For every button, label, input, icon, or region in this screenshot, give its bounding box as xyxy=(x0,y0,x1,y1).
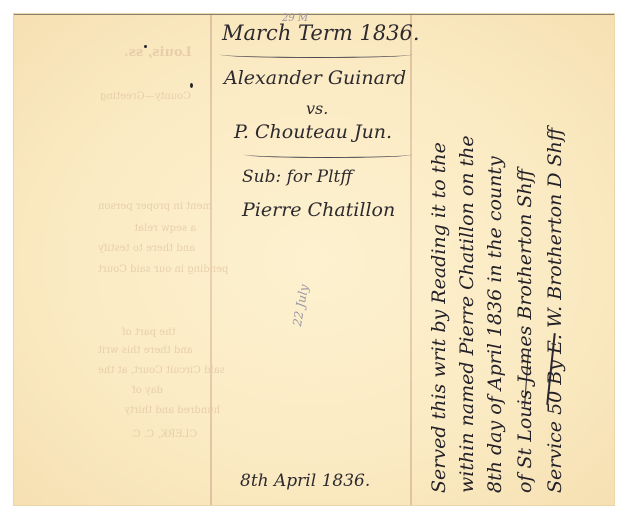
bleedthrough-line: pending in our said Court xyxy=(98,264,228,275)
bleedthrough-line: day of xyxy=(132,385,163,396)
plaintiff-name: Alexander Guinard xyxy=(224,67,406,89)
return-line-1: Served this writ by Reading it to the xyxy=(428,142,450,493)
flourish-divider xyxy=(220,51,412,58)
fold-line-left xyxy=(210,15,212,505)
paper-sheet: Louis, ss. County—Greeting ment in prope… xyxy=(14,14,614,505)
return-line-5: Service 50 By E. W. Brotherton D Shff xyxy=(544,128,566,493)
bleedthrough-line: ment in proper person xyxy=(98,201,212,212)
return-line-4: of St Louis James Brotherton Shff xyxy=(514,169,536,493)
subpoena-label: Sub: for Pltff xyxy=(242,167,352,187)
defendant-name: P. Chouteau Jun. xyxy=(234,121,392,143)
ink-spot xyxy=(144,45,147,48)
fold-line-right xyxy=(410,15,412,505)
return-line-2: within named Pierre Chatillon on the xyxy=(456,135,478,493)
witness-name: Pierre Chatillon xyxy=(242,199,395,221)
bleedthrough-line: Louis, ss. xyxy=(124,45,192,60)
document-date: 8th April 1836. xyxy=(240,471,370,491)
bleedthrough-line: a seqw relat xyxy=(134,223,196,234)
pencil-note-middle: 22 July xyxy=(290,283,311,327)
term-heading: March Term 1836. xyxy=(222,21,420,45)
ink-spot xyxy=(190,83,193,88)
flourish-divider xyxy=(244,151,412,158)
versus-label: vs. xyxy=(306,99,328,118)
return-line-3: 8th day of April 1836 in the county xyxy=(484,156,506,493)
bleedthrough-line: and there this writ xyxy=(98,345,193,356)
document-scan: Louis, ss. County—Greeting ment in prope… xyxy=(0,0,640,520)
bleedthrough-line: said Circuit Court, at the xyxy=(98,365,225,376)
bleedthrough-line: hundred and thirty xyxy=(124,405,220,416)
bleedthrough-line: CLERK, C. C. xyxy=(130,429,197,440)
bleedthrough-line: and there to testify xyxy=(98,243,195,254)
bleedthrough-line: the part of xyxy=(122,327,176,338)
bleedthrough-line: County—Greeting xyxy=(100,91,191,102)
